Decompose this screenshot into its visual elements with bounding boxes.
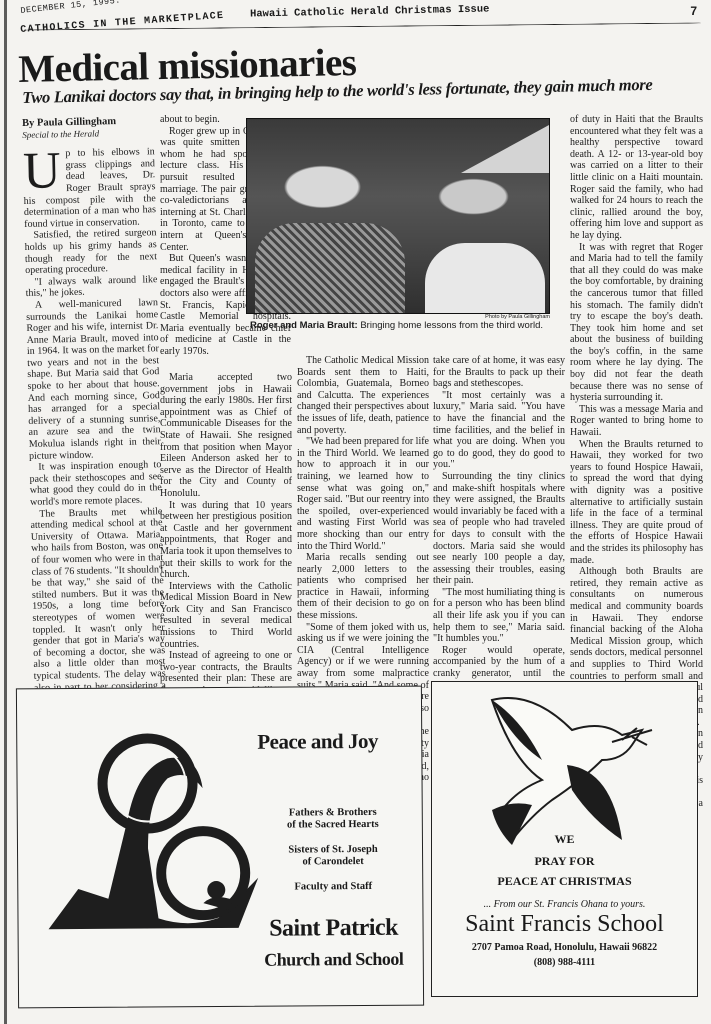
sponsor-sisters-st-joseph: Sisters of St. Josephof Carondelet	[258, 844, 408, 869]
issue-date: DECEMBER 15, 1995.	[20, 0, 121, 16]
paragraph: It was during that 10 years between her …	[160, 500, 292, 581]
paragraph: "The most humiliating thing is for a per…	[433, 587, 565, 645]
caption-text: Bringing home lessons from the third wor…	[358, 320, 543, 331]
ad-title: Peace and Joy	[257, 729, 378, 755]
newspaper-page: DECEMBER 15, 1995. Hawaii Catholic Heral…	[0, 0, 711, 1024]
ad-line-peace-at-christmas: PEACE AT CHRISTMAS	[432, 874, 697, 889]
ad-org-name: Saint Patrick	[243, 915, 423, 943]
paragraph: Up to his elbows in grass clippings and …	[23, 146, 157, 230]
paragraph: It was inspiration enough to pack their …	[29, 459, 162, 508]
paragraph: Maria accepted two government jobs in Ha…	[160, 372, 292, 500]
drop-cap: U	[23, 150, 61, 193]
byline-affiliation: Special to the Herald	[22, 127, 154, 141]
ad-saint-patrick: Peace and Joy Fathers & Brothersof the S…	[16, 686, 424, 1009]
ad-address: 2707 Pamoa Road, Honolulu, Hawaii 96822	[432, 942, 697, 953]
page-fold-shadow	[4, 0, 7, 1024]
sponsor-faculty: Faculty and Staff	[258, 881, 408, 894]
photo-roger-figure	[255, 223, 405, 313]
ad-phone: (808) 988-4111	[432, 957, 697, 968]
photo-maria-figure	[425, 243, 545, 313]
article-photo	[246, 118, 550, 314]
paragraph: "I always walk around like this," he jok…	[25, 274, 157, 300]
paragraph: Satisfied, the retired surgeon holds up …	[24, 228, 157, 277]
ad-school-name: Saint Francis School	[432, 911, 697, 938]
paragraph: Maria recalls sending out nearly 2,000 l…	[297, 552, 429, 622]
paragraph: The Braults met while attending medical …	[30, 506, 166, 706]
paragraph: take care of at home, it was easy for th…	[433, 355, 565, 390]
paragraph: When the Braults returned to Hawaii, the…	[570, 439, 703, 567]
caption-names: Roger and Maria Brault:	[250, 320, 358, 331]
ad-sponsor-lines: Fathers & Brothersof the Sacred Hearts S…	[258, 807, 409, 907]
paragraph: Surrounding the tiny clinics and make-sh…	[433, 471, 565, 587]
ad-tagline: ... From our St. Francis Ohana to yours.	[432, 899, 697, 910]
publication-title: Hawaii Catholic Herald Christmas Issue	[250, 3, 490, 20]
paragraph: Interviews with the Catholic Medical Mis…	[160, 581, 292, 651]
paragraph: This was a message Maria and Roger wante…	[570, 404, 703, 439]
paragraph: of duty in Haiti that the Braults encoun…	[570, 114, 703, 242]
paragraph: "We had been prepared for life in the Th…	[297, 436, 429, 552]
ad-line-pray-for: PRAY FOR	[432, 854, 697, 869]
sp-monogram-logo-icon	[37, 728, 268, 940]
photo-roof-shape	[439, 125, 549, 173]
paragraph: The Catholic Medical Mission Boards sent…	[297, 355, 429, 436]
paragraph: A well-manicured lawn surrounds the Lani…	[26, 297, 161, 462]
ad-line-we: WE	[432, 832, 697, 847]
ad-saint-francis: WE PRAY FOR PEACE AT CHRISTMAS ... From …	[431, 681, 698, 997]
photo-caption: Roger and Maria Brault: Bringing home le…	[250, 320, 550, 331]
page-number: 7	[690, 4, 697, 18]
paragraph: It was with regret that Roger and Maria …	[570, 242, 703, 404]
sponsor-sacred-hearts: Fathers & Brothersof the Sacred Hearts	[258, 807, 408, 832]
paragraph: "It most certainly was a luxury," Maria …	[433, 390, 565, 471]
ad-org-subname: Church and School	[244, 949, 424, 971]
